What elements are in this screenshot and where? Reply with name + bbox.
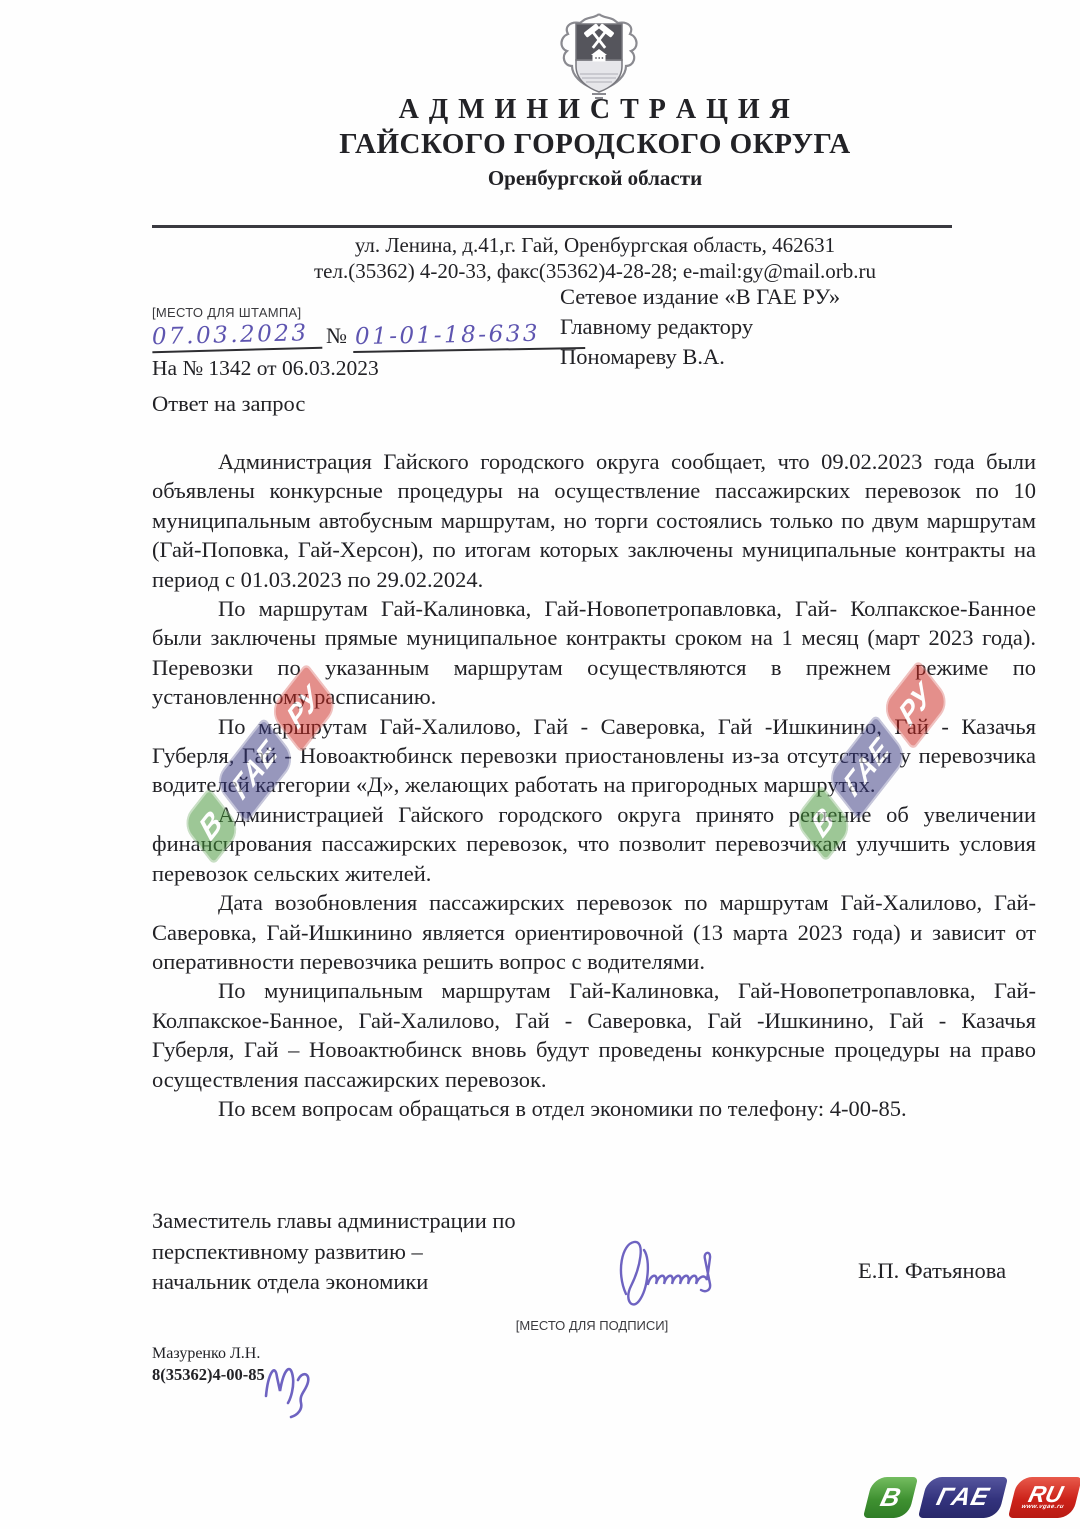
handwritten-signature xyxy=(612,1228,777,1328)
org-region: Оренбургской области xyxy=(100,166,1080,191)
stamp-block: [МЕСТО ДЛЯ ШТАМПА] 07.03.2023 № 01-01-18… xyxy=(152,305,572,381)
signer-name: Е.П. Фатьянова xyxy=(858,1258,1006,1284)
paragraph: Администрацией Гайского городского округ… xyxy=(152,800,1036,888)
handwritten-initials xyxy=(258,1350,333,1422)
letter-subject: Ответ на запрос xyxy=(152,391,305,417)
signature-placeholder: [МЕСТО ДЛЯ ПОДПИСИ] xyxy=(152,1318,1032,1333)
logo-navy-block: ГАЕ xyxy=(918,1477,1008,1518)
org-contacts: тел.(35362) 4-20-33, факс(35362)4-28-28;… xyxy=(155,259,1035,284)
logo-letter: В xyxy=(877,1482,904,1513)
org-name-line2: ГАЙСКОГО ГОРОДСКОГО ОКРУГА xyxy=(100,128,1080,161)
recipient-title: Главному редактору xyxy=(560,312,1030,342)
org-name-line1: А Д М И Н И С Т Р А Ц И Я xyxy=(100,94,1080,126)
signer-position-line: Заместитель главы администрации по xyxy=(152,1206,622,1237)
signer-position: Заместитель главы администрации по персп… xyxy=(152,1206,622,1298)
incoming-reference: На № 1342 от 06.03.2023 xyxy=(152,356,572,381)
logo-letters: RU xyxy=(1027,1484,1065,1504)
executor-name: Мазуренко Л.Н. xyxy=(152,1345,260,1363)
number-sign: № xyxy=(322,323,353,351)
logo-red-block: RU www.vgae.ru xyxy=(1008,1477,1080,1518)
executor-phone: 8(35362)4-00-85 xyxy=(152,1365,265,1385)
handwritten-number: 01-01-18-633 xyxy=(355,321,540,350)
watermark-letter: В xyxy=(194,804,229,849)
header-divider xyxy=(152,225,952,228)
logo-letters: ГАЕ xyxy=(933,1483,992,1512)
logo-green-block: В xyxy=(863,1477,918,1518)
paragraph: Администрация Гайского городского округа… xyxy=(152,447,1036,594)
org-address: ул. Ленина, д.41,г. Гай, Оренбургская об… xyxy=(155,233,1035,258)
recipient-name: Пономареву В.А. xyxy=(560,342,1030,372)
watermark-letters: РУ xyxy=(894,677,938,734)
logo-url: www.vgae.ru xyxy=(1020,1504,1064,1511)
watermark-letters: РУ xyxy=(282,680,326,737)
coat-of-arms-icon xyxy=(534,10,664,104)
paragraph: Дата возобновления пассажирских перевозо… xyxy=(152,888,1036,976)
recipient-org: Сетевое издание «В ГАЕ РУ» xyxy=(560,282,1030,312)
stamp-placeholder: [МЕСТО ДЛЯ ШТАМПА] xyxy=(152,305,572,320)
signer-position-line: перспективному развитию – xyxy=(152,1237,622,1268)
letter-body: Администрация Гайского городского округа… xyxy=(152,447,1036,1123)
scanned-letter-page: А Д М И Н И С Т Р А Ц И Я ГАЙСКОГО ГОРОД… xyxy=(0,0,1080,1529)
paragraph: По всем вопросам обращаться в отдел экон… xyxy=(152,1094,1036,1123)
handwritten-date: 07.03.2023 xyxy=(152,320,309,350)
paragraph: По муниципальным маршрутам Гай-Калиновка… xyxy=(152,976,1036,1094)
outgoing-number-row: 07.03.2023 № 01-01-18-633 xyxy=(152,322,572,351)
watermark-letter: В xyxy=(806,801,841,846)
site-logo: В ГАЕ RU www.vgae.ru xyxy=(868,1477,1077,1518)
recipient-block: Сетевое издание «В ГАЕ РУ» Главному реда… xyxy=(560,282,1030,372)
signer-position-line: начальник отдела экономики xyxy=(152,1267,622,1298)
